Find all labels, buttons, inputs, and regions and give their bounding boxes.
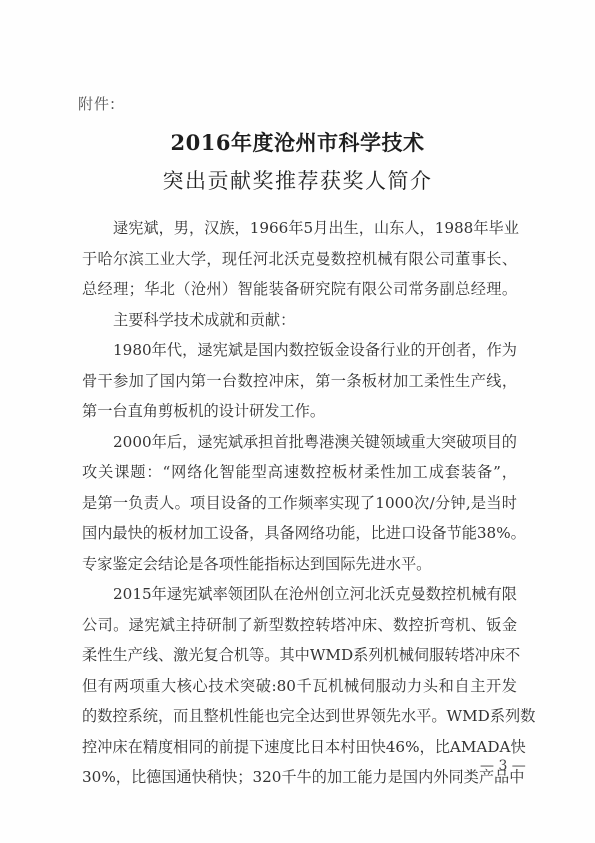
- body-text-line: 2000年后，逯宪斌承担首批粤港澳关键领域重大突破项目的: [82, 427, 517, 458]
- document-title-line-2: 突出贡献奖推荐获奖人简介: [0, 165, 595, 195]
- body-text-line: 主要科学技术成就和贡献：: [82, 305, 517, 336]
- body-text-line: 柔性生产线、激光复合机等。其中WMD系列机械伺服转塔冲床不: [82, 640, 517, 671]
- document-title-line-1: 2016年度沧州市科学技术: [0, 127, 595, 157]
- body-text-line: 但有两项重大核心技术突破:80千瓦机械伺服动力头和自主开发: [82, 671, 517, 702]
- body-text-line: 攻关课题：“网络化智能型高速数控板材柔性加工成套装备”，: [82, 457, 517, 488]
- attachment-label: 附件:: [78, 93, 116, 114]
- page-number: — 3 —: [480, 758, 526, 774]
- body-text-line: 控冲床在精度相同的前提下速度比日本村田快46%，比AMADA快: [82, 732, 517, 763]
- body-text-line: 逯宪斌，男，汉族，1966年5月出生，山东人，1988年毕业: [82, 213, 517, 244]
- document-page: 附件: 2016年度沧州市科学技术 突出贡献奖推荐获奖人简介 逯宪斌，男，汉族，…: [0, 0, 595, 843]
- body-text-line: 1980年代，逯宪斌是国内数控钣金设备行业的开创者，作为: [82, 335, 517, 366]
- body-text-line: 专家鉴定会结论是各项性能指标达到国际先进水平。: [82, 549, 517, 580]
- body-text-line: 是第一负责人。项目设备的工作频率实现了1000次/分钟,是当时: [82, 488, 517, 519]
- body-text-line: 30%，比德国通快稍快；320千牛的加工能力是国内外同类产品中: [82, 762, 517, 793]
- body-text-line: 的数控系统，而且整机性能也完全达到世界领先水平。WMD系列数: [82, 701, 517, 732]
- body-text-line: 总经理；华北（沧州）智能装备研究院有限公司常务副总经理。: [82, 274, 517, 305]
- body-text-line: 于哈尔滨工业大学，现任河北沃克曼数控机械有限公司董事长、: [82, 244, 517, 275]
- document-body: 逯宪斌，男，汉族，1966年5月出生，山东人，1988年毕业于哈尔滨工业大学，现…: [82, 213, 517, 793]
- body-text-line: 第一台直角剪板机的设计研发工作。: [82, 396, 517, 427]
- body-text-line: 国内最快的板材加工设备，具备网络功能，比进口设备节能38%。: [82, 518, 517, 549]
- body-text-line: 公司。逯宪斌主持研制了新型数控转塔冲床、数控折弯机、钣金: [82, 610, 517, 641]
- body-text-line: 2015年逯宪斌率领团队在沧州创立河北沃克曼数控机械有限: [82, 579, 517, 610]
- body-text-line: 骨干参加了国内第一台数控冲床，第一条板材加工柔性生产线，: [82, 366, 517, 397]
